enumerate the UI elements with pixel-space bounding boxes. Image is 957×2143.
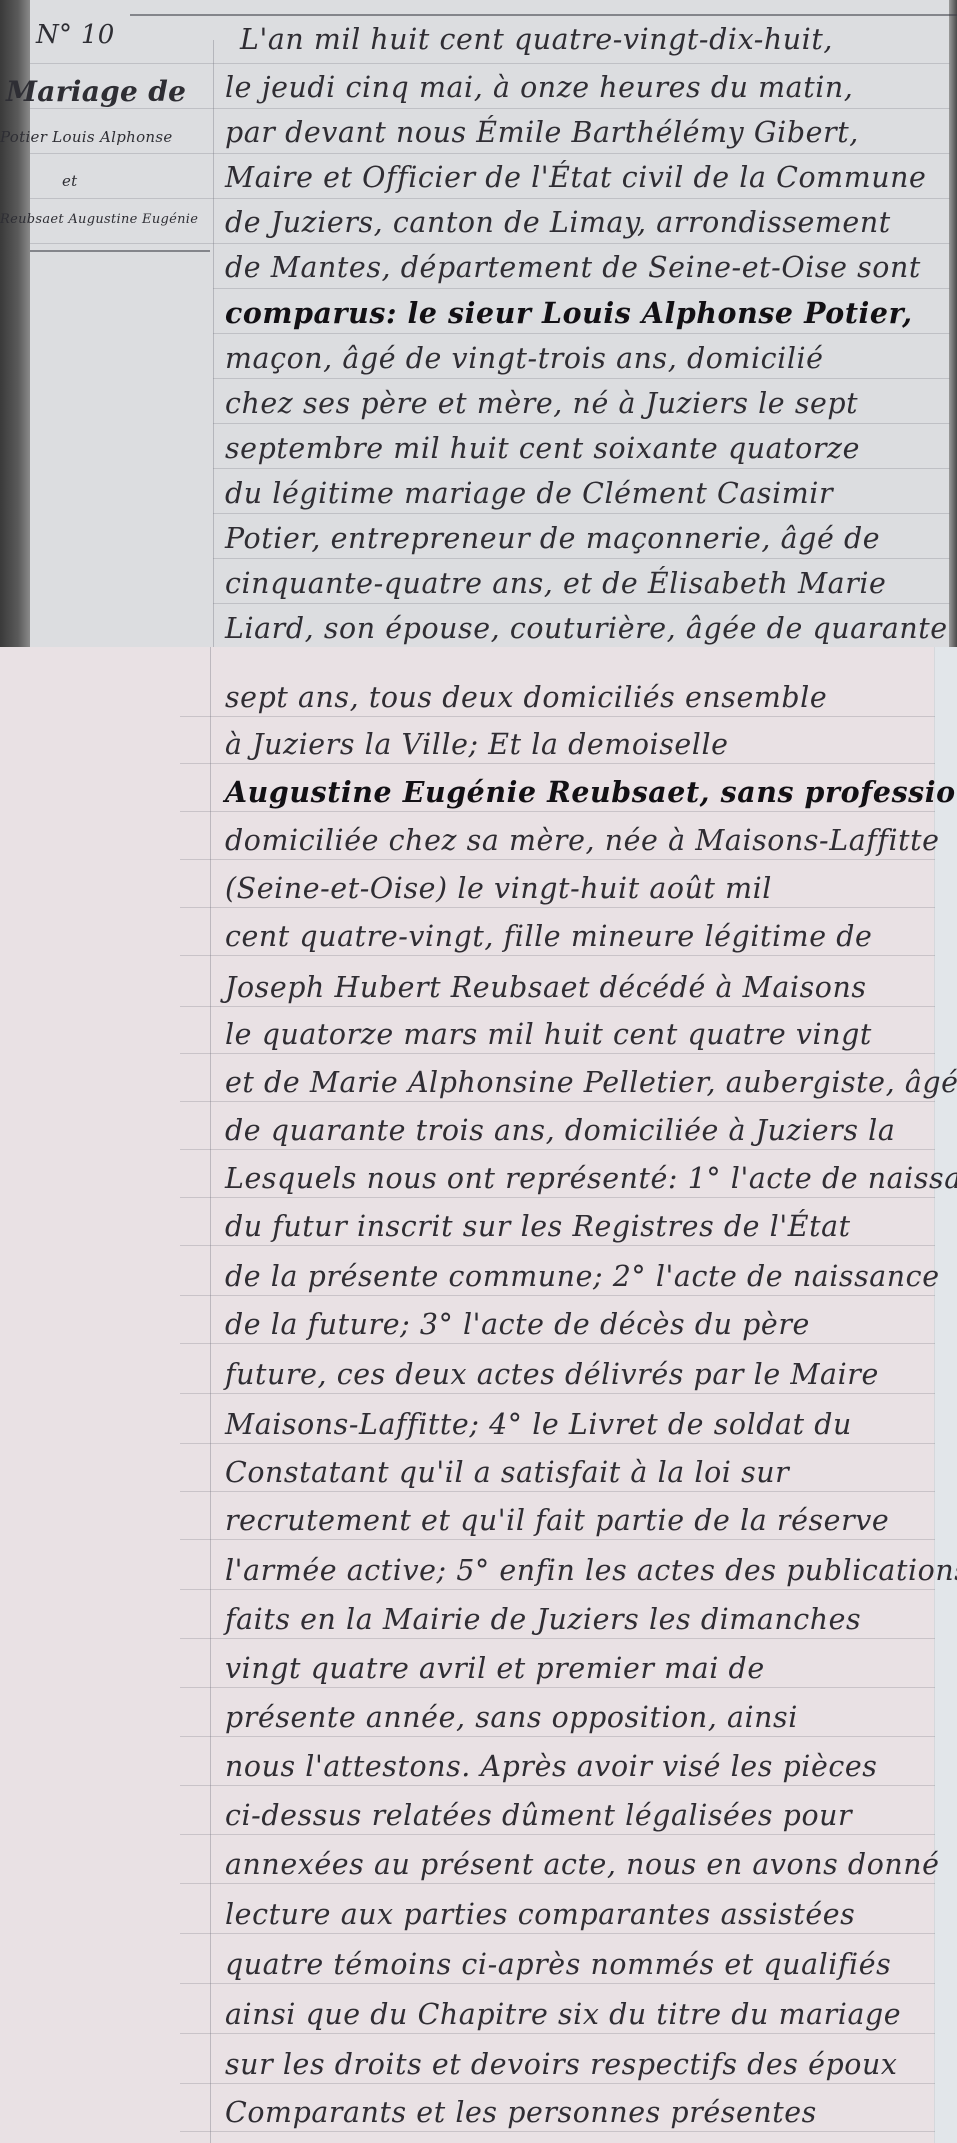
text-line: ci-dessus relatées dûment légalisées pou…	[225, 1798, 852, 1832]
margin-column-line	[213, 40, 214, 647]
text-line: Comparants et les personnes présentes	[225, 2095, 817, 2129]
text-line: lecture aux parties comparantes assistée…	[225, 1897, 855, 1931]
ruled-line	[180, 955, 935, 956]
ruled-line	[180, 1149, 935, 1150]
text-line: l'armée active; 5° enfin les actes des p…	[225, 1553, 957, 1587]
top-border-rule	[130, 14, 957, 16]
ruled-line	[180, 1101, 935, 1102]
text-line: Lesquels nous ont représenté: 1° l'acte …	[225, 1161, 957, 1195]
text-line: (Seine-et-Oise) le vingt-huit août mil	[225, 871, 772, 905]
text-line: le jeudi cinq mai, à onze heures du mati…	[225, 70, 853, 104]
groom-name-line: comparus: le sieur Louis Alphonse Potier…	[225, 296, 913, 330]
ruled-line	[213, 468, 950, 469]
entry-number: N° 10	[36, 20, 115, 50]
ruled-line	[180, 2033, 935, 2034]
ruled-line	[180, 1883, 935, 1884]
text-line: Potier, entrepreneur de maçonnerie, âgé …	[225, 521, 880, 555]
ruled-line	[180, 1933, 935, 1934]
ruled-line	[30, 243, 950, 244]
ruled-line	[180, 1983, 935, 1984]
lower-page-scan: sept ans, tous deux domiciliés ensemble …	[0, 647, 957, 2143]
text-line: de la présente commune; 2° l'acte de nai…	[225, 1259, 940, 1293]
margin-conjunction: et	[62, 172, 78, 190]
margin-groom-name: Potier Louis Alphonse	[0, 128, 173, 146]
text-line: ainsi que du Chapitre six du titre du ma…	[225, 1997, 901, 2031]
ruled-line	[180, 1053, 935, 1054]
text-line: recrutement et qu'il fait partie de la r…	[225, 1503, 889, 1537]
text-line: faits en la Mairie de Juziers les dimanc…	[225, 1602, 861, 1636]
ruled-line	[213, 288, 950, 289]
ruled-line	[213, 558, 950, 559]
upper-page-scan: N° 10 Mariage de Potier Louis Alphonse e…	[0, 0, 957, 647]
text-line: chez ses père et mère, né à Juziers le s…	[225, 386, 858, 420]
text-line: de quarante trois ans, domiciliée à Juzi…	[225, 1113, 895, 1147]
text-line: nous l'attestons. Après avoir visé les p…	[225, 1749, 877, 1783]
ruled-line	[180, 1393, 935, 1394]
ruled-line	[30, 108, 950, 109]
ruled-line	[180, 2083, 935, 2084]
ruled-line	[213, 423, 950, 424]
text-line: Maisons-Laffitte; 4° le Livret de soldat…	[225, 1407, 852, 1441]
page-edge-shadow	[949, 0, 957, 647]
text-line: cent quatre-vingt, fille mineure légitim…	[225, 919, 872, 953]
ruled-line	[180, 1834, 935, 1835]
page-edge-strip	[934, 647, 957, 2143]
text-line: par devant nous Émile Barthélémy Gibert,	[225, 115, 859, 149]
bride-name-line: Augustine Eugénie Reubsaet, sans profess…	[225, 775, 957, 809]
ruled-line	[180, 716, 935, 717]
text-line: et de Marie Alphonsine Pelletier, auberg…	[225, 1065, 957, 1099]
text-line: quatre témoins ci-après nommés et qualif…	[225, 1947, 891, 1981]
margin-separator-rule	[30, 250, 210, 252]
ruled-line	[180, 1736, 935, 1737]
margin-bride-name: Reubsaet Augustine Eugénie	[0, 212, 198, 227]
ruled-line	[180, 1539, 935, 1540]
ruled-line	[180, 1006, 935, 1007]
text-line: Liard, son épouse, couturière, âgée de q…	[225, 611, 948, 645]
text-line: Maire et Officier de l'État civil de la …	[225, 160, 926, 194]
text-line: septembre mil huit cent soixante quatorz…	[225, 431, 860, 465]
ruled-line	[213, 603, 950, 604]
text-line: à Juziers la Ville; Et la demoiselle	[225, 727, 729, 761]
ruled-line	[180, 1443, 935, 1444]
text-line: du futur inscrit sur les Registres de l'…	[225, 1209, 851, 1243]
ruled-line	[180, 763, 935, 764]
text-line: sur les droits et devoirs respectifs des…	[225, 2047, 897, 2081]
ruled-line	[180, 2131, 935, 2132]
text-line: vingt quatre avril et premier mai de	[225, 1651, 765, 1685]
ruled-line	[213, 513, 950, 514]
ruled-line	[180, 1245, 935, 1246]
text-line: de Juziers, canton de Limay, arrondissem…	[225, 205, 891, 239]
text-line: annexées au présent acte, nous en avons …	[225, 1847, 940, 1881]
text-line: de Mantes, département de Seine-et-Oise …	[225, 250, 921, 284]
ruled-line	[180, 1295, 935, 1296]
ruled-line	[30, 63, 950, 64]
margin-column-line	[210, 647, 211, 2143]
ruled-line	[180, 1491, 935, 1492]
ruled-line	[180, 1638, 935, 1639]
ruled-line	[180, 907, 935, 908]
ruled-line	[180, 811, 935, 812]
text-line: Constatant qu'il a satisfait à la loi su…	[225, 1455, 789, 1489]
text-line: L'an mil huit cent quatre-vingt-dix-huit…	[240, 22, 833, 56]
text-line: de la future; 3° l'acte de décès du père	[225, 1307, 810, 1341]
text-line: domiciliée chez sa mère, née à Maisons-L…	[225, 823, 940, 857]
text-line: Joseph Hubert Reubsaet décédé à Maisons	[225, 970, 867, 1004]
text-line: maçon, âgé de vingt-trois ans, domicilié	[225, 341, 824, 375]
ruled-line	[213, 378, 950, 379]
ruled-line	[30, 198, 950, 199]
ruled-line	[180, 1687, 935, 1688]
text-line: future, ces deux actes délivrés par le M…	[225, 1357, 879, 1391]
text-line: du légitime mariage de Clément Casimir	[225, 476, 833, 510]
ruled-line	[180, 859, 935, 860]
ruled-line	[213, 333, 950, 334]
ruled-line	[180, 1589, 935, 1590]
text-line: présente année, sans opposition, ainsi	[225, 1700, 798, 1734]
text-line: sept ans, tous deux domiciliés ensemble	[225, 680, 827, 714]
ruled-line	[30, 153, 950, 154]
text-line: le quatorze mars mil huit cent quatre vi…	[225, 1017, 872, 1051]
margin-title: Mariage de	[6, 75, 186, 108]
text-line: cinquante-quatre ans, et de Élisabeth Ma…	[225, 566, 886, 600]
ruled-line	[180, 1197, 935, 1198]
ruled-line	[180, 1785, 935, 1786]
ruled-line	[180, 1343, 935, 1344]
